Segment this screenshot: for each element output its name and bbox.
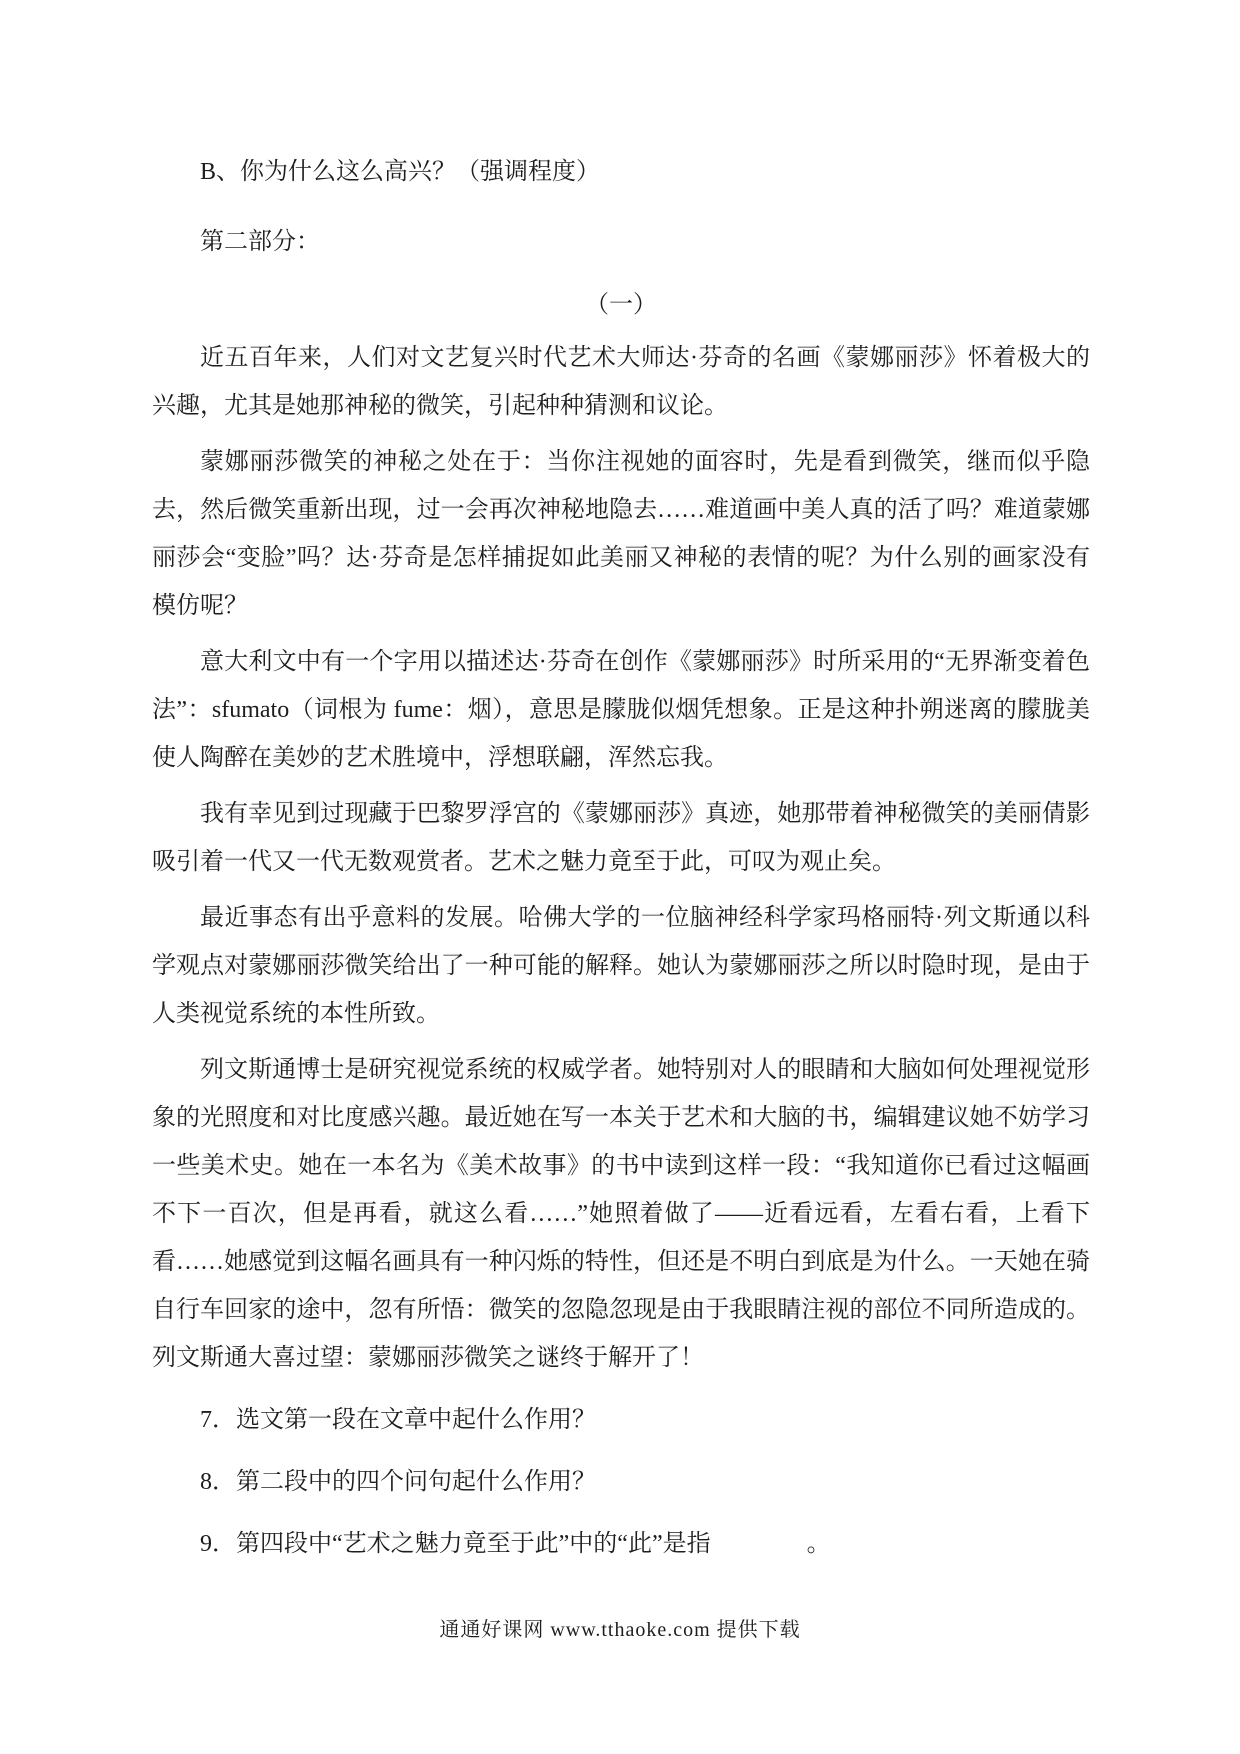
questions-block: 7．选文第一段在文章中起什么作用？ 8．第二段中的四个问句起什么作用？ 9．第四… [152, 1396, 1090, 1568]
exercise-item-b: B、你为什么这么高兴？（强调程度） [152, 148, 1090, 196]
passage-paragraph-4: 我有幸见到过现藏于巴黎罗浮宫的《蒙娜丽莎》真迹，她那带着神秘微笑的美丽倩影吸引着… [152, 790, 1090, 886]
section-one-heading: （一） [152, 281, 1090, 329]
part-two-heading: 第二部分： [152, 218, 1090, 266]
question-7: 7．选文第一段在文章中起什么作用？ [152, 1396, 1090, 1444]
passage-paragraph-5: 最近事态有出乎意料的发展。哈佛大学的一位脑神经科学家玛格丽特·列文斯通以科学观点… [152, 894, 1090, 1038]
passage-paragraph-1: 近五百年来，人们对文艺复兴时代艺术大师达·芬奇的名画《蒙娜丽莎》怀着极大的兴趣，… [152, 334, 1090, 430]
document-page: B、你为什么这么高兴？（强调程度） 第二部分： （一） 近五百年来，人们对文艺复… [0, 0, 1240, 1754]
passage-paragraph-3: 意大利文中有一个字用以描述达·芬奇在创作《蒙娜丽莎》时所采用的“无界渐变着色法”… [152, 638, 1090, 782]
passage-paragraph-2: 蒙娜丽莎微笑的神秘之处在于：当你注视她的面容时，先是看到微笑，继而似乎隐去，然后… [152, 438, 1090, 630]
passage-paragraph-6: 列文斯通博士是研究视觉系统的权威学者。她特别对人的眼睛和大脑如何处理视觉形象的光… [152, 1046, 1090, 1382]
question-9: 9．第四段中“艺术之魅力竟至于此”中的“此”是指 。 [152, 1520, 1090, 1568]
page-footer-watermark: 通通好课网 www.tthaoke.com 提供下载 [0, 1616, 1240, 1644]
question-8: 8．第二段中的四个问句起什么作用？ [152, 1458, 1090, 1506]
